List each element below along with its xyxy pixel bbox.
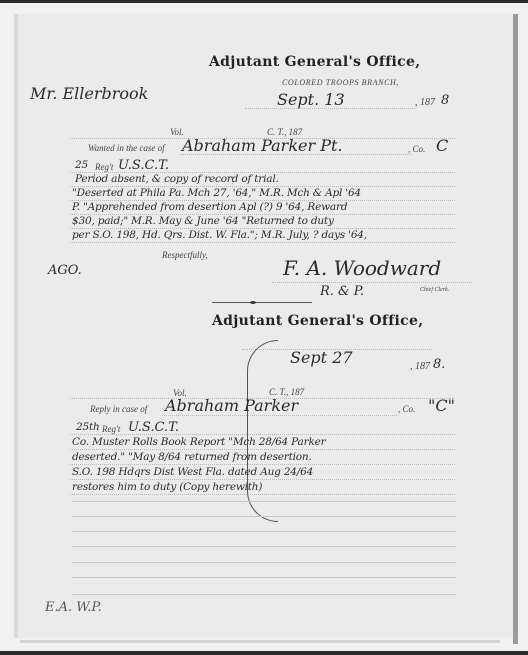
request-company: C [436, 136, 448, 155]
reply-co-label: , Co. [398, 404, 415, 414]
request-date: Sept. 13 [277, 90, 345, 109]
section-divider [212, 302, 312, 303]
request-body-line: Period absent, & copy of record of trial… [75, 173, 279, 185]
chief-clerk-signature: F. A. Woodward [283, 256, 441, 280]
reply-name-rule [162, 415, 397, 416]
blank-rule [72, 594, 456, 595]
signature-rule [272, 282, 472, 283]
request-soldier-name: Abraham Parker Pt. [182, 136, 343, 155]
reply-body-rule [70, 494, 455, 495]
blank-rule [72, 546, 456, 547]
blank-rule [72, 577, 456, 578]
blank-rule [72, 501, 456, 502]
reply-body-rule [70, 449, 455, 450]
request-regiment-name: U.S.C.T. [118, 158, 169, 173]
page-edge-bottom [20, 640, 500, 643]
reply-regiment-name: U.S.C.T. [128, 420, 179, 435]
request-body-line: "Deserted at Phila Pa. Mch 27, '64," M.R… [72, 187, 361, 199]
request-year-handwritten: 8 [441, 93, 449, 108]
page-edge-shadow [513, 14, 518, 644]
reply-body-line: restores him to duty (Copy herewith) [72, 481, 262, 493]
wanted-label: Wanted in the case of [88, 143, 165, 153]
reply-body-line: Co. Muster Rolls Book Report "Mch 28/64 … [72, 436, 325, 448]
blank-rule [72, 516, 456, 517]
request-year-printed: , 187 [415, 97, 435, 108]
reply-body-rule [70, 464, 455, 465]
blank-rule [72, 562, 456, 563]
reply-regiment-label: Reg't [102, 424, 120, 434]
closing-respectfully: Respectfully, [162, 250, 208, 260]
chief-clerk-title: Chief Clerk. [420, 287, 449, 293]
request-header-title: Adjutant General's Office, [209, 54, 420, 70]
reply-in-case-label: Reply in case of [90, 404, 147, 414]
request-co-label: , Co. [408, 144, 425, 154]
reply-body-rule [70, 479, 455, 480]
reply-header-title: Adjutant General's Office, [212, 313, 423, 329]
reply-soldier-name: Abraham Parker [165, 396, 298, 415]
request-regiment-number: 25 [75, 159, 88, 171]
reply-date: Sept 27 [290, 348, 353, 367]
blank-rule [72, 531, 456, 532]
reply-year-handwritten: 8. [433, 357, 445, 372]
body-rule [70, 242, 455, 243]
divider-ornament [250, 301, 256, 304]
request-body-line: P. "Apprehended from desertion Apl (?) 9… [72, 201, 347, 213]
reply-year-printed: , 187 [410, 361, 430, 372]
reply-company: "C" [428, 396, 455, 415]
request-initials: AGO. [48, 263, 82, 278]
request-body-line: per S.O. 198, Hd. Qrs. Dist. W. Fla."; M… [72, 229, 367, 241]
addressee-name: Mr. Ellerbrook [30, 84, 148, 103]
signature-suffix: R. & P. [320, 284, 364, 299]
request-header-subtitle: COLORED TROOPS BRANCH, [282, 78, 399, 87]
request-regiment-label: Reg't [95, 162, 113, 172]
reply-regiment-number: 25th [76, 421, 100, 433]
reply-regiment-rule [70, 434, 455, 435]
footer-initials: E.A. W.P. [45, 600, 102, 615]
reply-body-line: deserted." "May 8/64 returned from deser… [72, 451, 312, 463]
request-body-line: $30, paid;" M.R. May & June '64 "Returne… [72, 215, 334, 227]
reply-body-line: S.O. 198 Hdqrs Dist West Fla. dated Aug … [72, 466, 313, 478]
